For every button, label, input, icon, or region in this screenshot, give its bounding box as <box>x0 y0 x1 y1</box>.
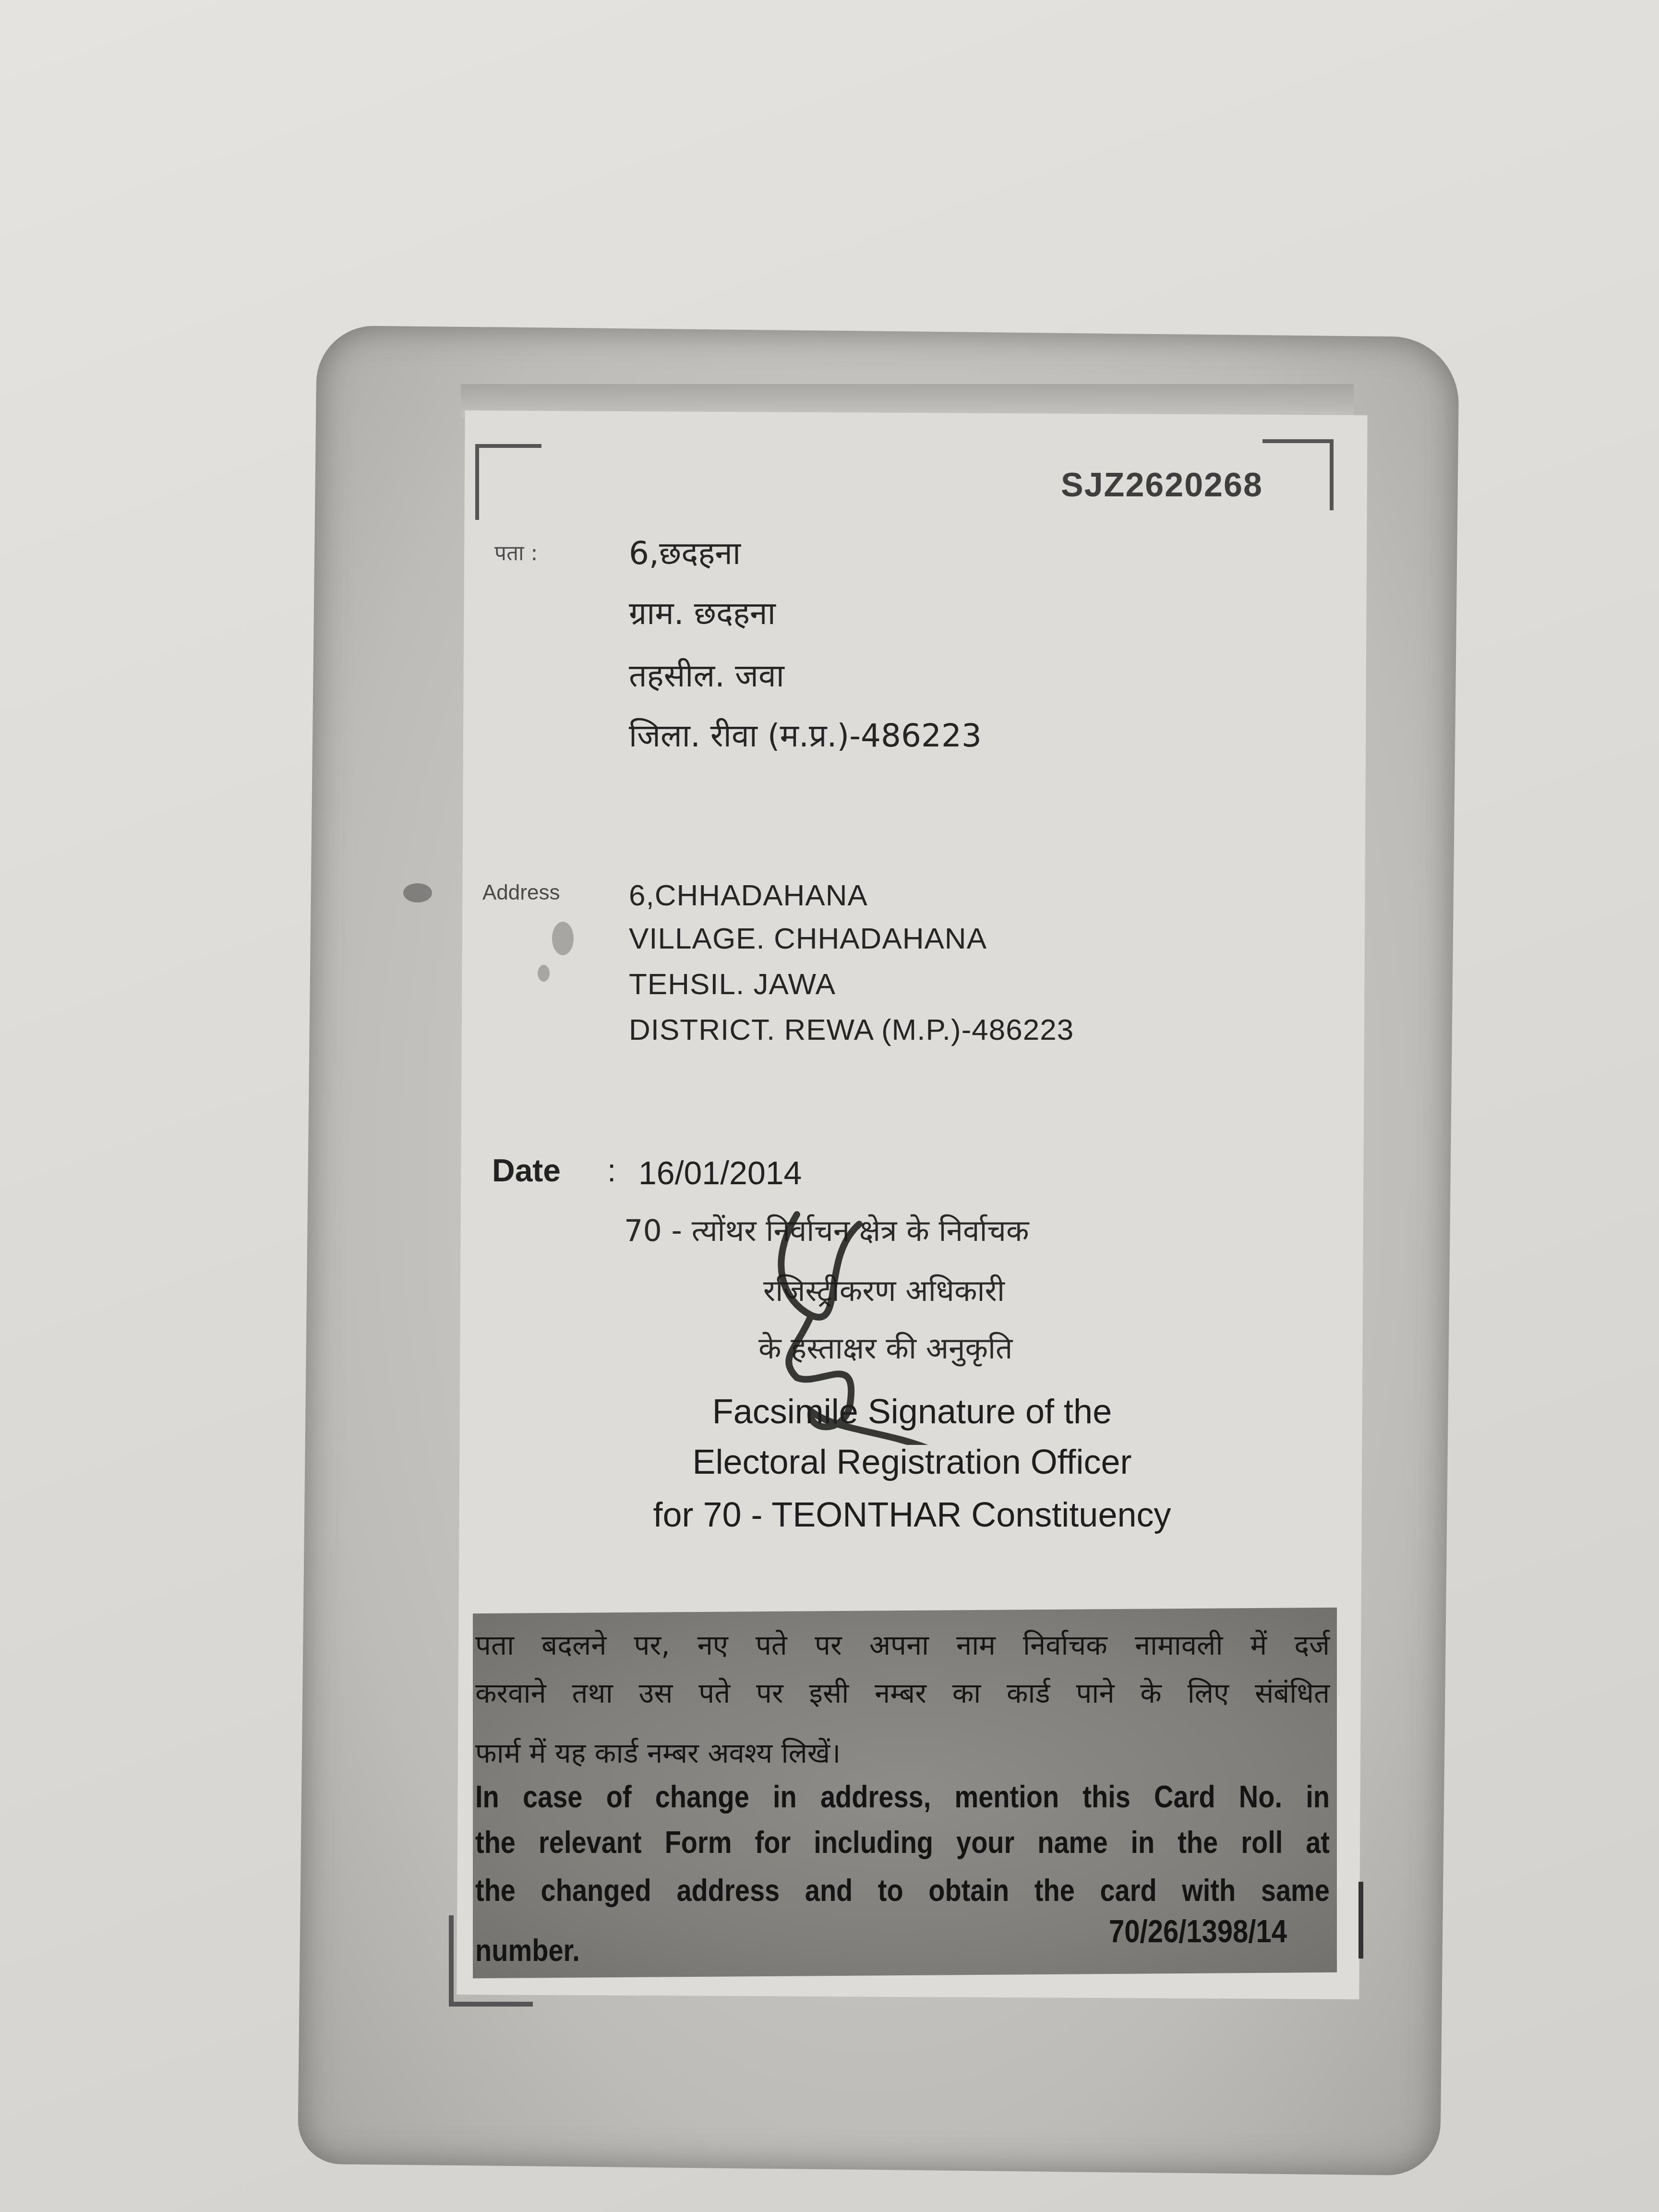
notice-english-line: In case of change in address, mention th… <box>475 1779 1330 1815</box>
signature-caption-english: for 70 - TEONTHAR Constituency <box>552 1495 1272 1535</box>
address-english-label: Address <box>482 881 560 905</box>
address-hindi-line: जिला. रीवा (म.प्र.)-486223 <box>629 713 982 756</box>
address-english-line: DISTRICT. REWA (M.P.)-486223 <box>629 1013 1074 1047</box>
notice-hindi-line: फार्म में यह कार्ड नम्बर अवश्य लिखें। <box>475 1733 1330 1771</box>
corner-mark-bottom-right <box>1358 1882 1363 1959</box>
corner-mark-top-left <box>475 444 541 520</box>
card-serial-number: 70/26/1398/14 <box>1109 1913 1287 1950</box>
smudge <box>538 965 550 982</box>
notice-hindi-line: करवाने तथा उस पते पर इसी नम्बर का कार्ड … <box>475 1673 1330 1711</box>
notice-hindi-line: पता बदलने पर, नए पते पर अपना नाम निर्वाच… <box>475 1625 1330 1663</box>
address-english-line: 6,CHHADAHANA <box>629 878 868 913</box>
address-english-line: TEHSIL. JAWA <box>629 967 836 1001</box>
signature-caption-english: Facsimile Signature of the <box>552 1392 1272 1431</box>
issue-date: 16/01/2014 <box>638 1154 802 1192</box>
notice-english-line: the changed address and to obtain the ca… <box>475 1872 1330 1908</box>
notice-english-line: number. <box>475 1932 580 1968</box>
date-separator: : <box>607 1152 616 1189</box>
smudge <box>403 883 432 902</box>
address-hindi-label: पता : <box>494 538 538 566</box>
address-hindi-line: ग्राम. छदहना <box>629 590 776 634</box>
corner-mark-top-right <box>1262 439 1334 510</box>
epic-number: SJZ2620268 <box>1061 466 1263 504</box>
date-label: Date <box>492 1152 561 1189</box>
notice-english-line: the relevant Form for including your nam… <box>475 1824 1330 1860</box>
address-english-line: VILLAGE. CHHADAHANA <box>629 922 987 956</box>
address-hindi-line: 6,छदहना <box>629 530 741 574</box>
signature-caption-english: Electoral Registration Officer <box>552 1443 1272 1482</box>
smudge <box>552 922 574 955</box>
address-hindi-line: तहसील. जवा <box>629 653 784 696</box>
